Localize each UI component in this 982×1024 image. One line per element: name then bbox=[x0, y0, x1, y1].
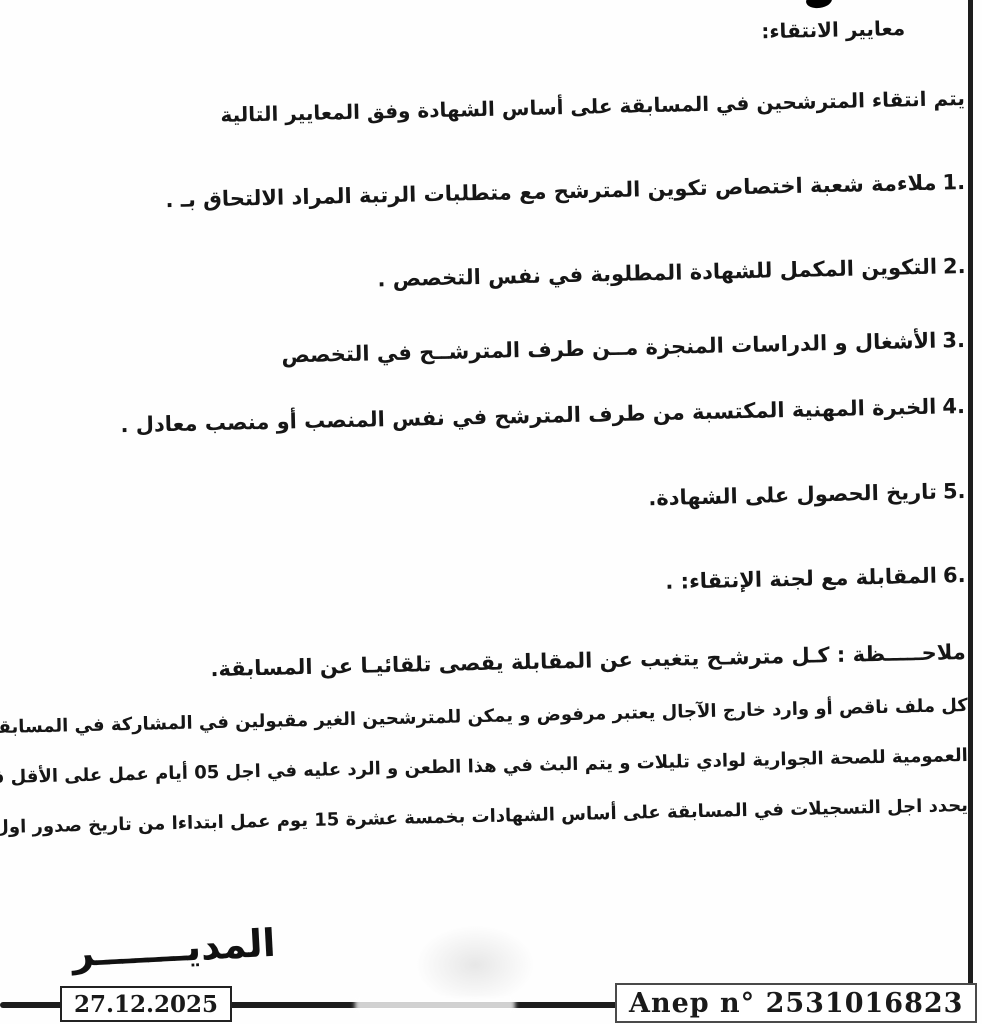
bottom-rule-fade bbox=[355, 998, 515, 1012]
anep-reference-box: Anep n° 2531016823 bbox=[615, 983, 977, 1023]
scanned-document-page: معايير الانتقاء: يتم انتقاء المترشحين في… bbox=[0, 0, 982, 1024]
criterion-text: التكوين المكمل للشهادة المطلوبة في نفس ا… bbox=[377, 255, 937, 292]
criterion-item-6: 6.المقابلة مع لجنة الإنتقاء: . bbox=[665, 563, 966, 594]
anep-reference-text: Anep n° 2531016823 bbox=[629, 988, 963, 1019]
criterion-number: 2. bbox=[942, 254, 965, 279]
criterion-text: الأشغال و الدراسات المنجزة مــن طرف المت… bbox=[282, 329, 937, 368]
note-line-1: ملاحـــــظة : كـل مترشـح يتغيب عن المقاب… bbox=[210, 640, 966, 681]
intro-line: يتم انتقاء المترشحين في المسابقة على أسا… bbox=[221, 86, 966, 127]
criteria-heading: معايير الانتقاء: bbox=[761, 16, 905, 43]
scan-smudge bbox=[415, 925, 535, 1005]
criterion-item-1: 1.ملاءمة شعبة اختصاص تكوين المترشح مع مت… bbox=[165, 170, 965, 212]
criterion-text: ملاءمة شعبة اختصاص تكوين المترشح مع متطل… bbox=[165, 171, 937, 212]
criterion-item-4: 4.الخبرة المهنية المكتسبة من طرف المترشح… bbox=[121, 394, 966, 437]
note-line-2: كل ملف ناقص أو وارد خارج الآجال يعتبر مر… bbox=[0, 695, 968, 746]
criterion-item-3: 3.الأشغال و الدراسات المنجزة مــن طرف ال… bbox=[282, 328, 966, 368]
criterion-text: تاريخ الحصول على الشهادة. bbox=[648, 480, 937, 511]
criterion-text: الخبرة المهنية المكتسبة من طرف المترشح ف… bbox=[121, 395, 937, 438]
criterion-number: 5. bbox=[942, 479, 965, 504]
note-line-4: يحدد اجل التسجيلات في المسابقة على أساس … bbox=[0, 795, 968, 844]
criterion-text: المقابلة مع لجنة الإنتقاء: . bbox=[665, 564, 937, 594]
date-stamp-text: 27.12.2025 bbox=[74, 991, 218, 1018]
criterion-number: 6. bbox=[942, 563, 965, 588]
criterion-item-5: 5.تاريخ الحصول على الشهادة. bbox=[648, 479, 966, 510]
criterion-number: 4. bbox=[942, 394, 965, 419]
right-border-rule bbox=[968, 0, 973, 1006]
director-signature-label: المديـــــــر bbox=[71, 921, 277, 976]
criterion-item-2: 2.التكوين المكمل للشهادة المطلوبة في نفس… bbox=[377, 254, 966, 291]
date-stamp-box: 27.12.2025 bbox=[60, 986, 232, 1022]
criterion-number: 3. bbox=[942, 328, 965, 353]
criterion-number: 1. bbox=[942, 170, 965, 195]
scan-artifact-mark bbox=[805, 0, 833, 10]
note-line-3: العمومية للصحة الجوارية لوادي تليلات و ي… bbox=[0, 745, 968, 793]
